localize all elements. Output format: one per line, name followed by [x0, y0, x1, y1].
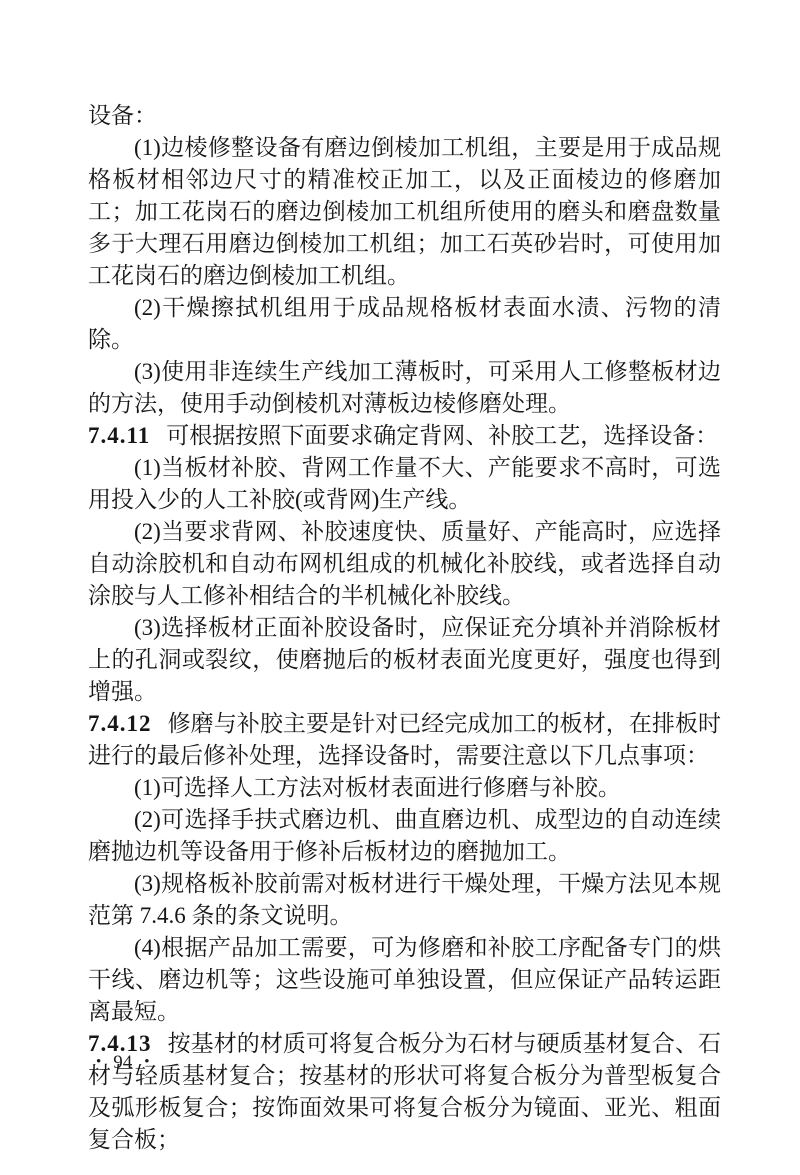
page-footer: •94• [96, 1048, 150, 1077]
clause-text: 可根据按照下面要求确定背网、补胶工艺，选择设备： [166, 423, 718, 448]
clause-7-4-13: 7.4.13按基材的材质可将复合板分为石材与硬质基材复合、石材与轻质基材复合；按… [88, 1028, 721, 1156]
list-item-2: (2)当要求背网、补胶速度快、质量好、产能高时，应选择自动涂胶机和自动布网机组成… [88, 516, 721, 612]
list-item-3: (3)使用非连续生产线加工薄板时，可采用人工修整板材边的方法，使用手动倒棱机对薄… [88, 356, 721, 420]
list-item-1: (1)边棱修整设备有磨边倒棱加工机组，主要是用于成品规格板材相邻边尺寸的精准校正… [88, 132, 721, 292]
list-item-2: (2)可选择手扶式磨边机、曲直磨边机、成型边的自动连续磨抛边机等设备用于修补后板… [88, 804, 721, 868]
clause-text: 修磨与补胶主要是针对已经完成加工的板材，在排板时进行的最后修补处理，选择设备时，… [88, 711, 721, 768]
paragraph-text: (2)可选择手扶式磨边机、曲直磨边机、成型边的自动连续磨抛边机等设备用于修补后板… [88, 807, 721, 864]
paragraph-text: (3)规格板补胶前需对板材进行干燥处理，干燥方法见本规范第 7.4.6 条的条文… [88, 871, 721, 928]
paragraph-text: (4)根据产品加工需要，可为修磨和补胶工序配备专门的烘干线、磨边机等；这些设施可… [88, 935, 721, 1024]
text-block: 设备： (1)边棱修整设备有磨边倒棱加工机组，主要是用于成品规格板材相邻边尺寸的… [88, 100, 721, 1156]
list-item-3: (3)选择板材正面补胶设备时，应保证充分填补并消除板材上的孔洞或裂纹，使磨抛后的… [88, 612, 721, 708]
list-item-2: (2)干燥擦拭机组用于成品规格板材表面水渍、污物的清除。 [88, 292, 721, 356]
paragraph-text: (1)边棱修整设备有磨边倒棱加工机组，主要是用于成品规格板材相邻边尺寸的精准校正… [88, 135, 721, 288]
list-item-1: (1)当板材补胶、背网工作量不大、产能要求不高时，可选用投入少的人工补胶(或背网… [88, 452, 721, 516]
paragraph-text: (2)干燥擦拭机组用于成品规格板材表面水渍、污物的清除。 [88, 295, 721, 352]
footer-right-dot: • [144, 1054, 149, 1070]
paragraph-text: (3)使用非连续生产线加工薄板时，可采用人工修整板材边的方法，使用手动倒棱机对薄… [88, 359, 721, 416]
paragraph-text: (1)可选择人工方法对板材表面进行修磨与补胶。 [134, 775, 621, 800]
list-item-1: (1)可选择人工方法对板材表面进行修磨与补胶。 [88, 772, 721, 804]
footer-left-dot: • [96, 1054, 101, 1070]
document-page: 设备： (1)边棱修整设备有磨边倒棱加工机组，主要是用于成品规格板材相邻边尺寸的… [0, 0, 800, 1175]
list-item-3: (3)规格板补胶前需对板材进行干燥处理，干燥方法见本规范第 7.4.6 条的条文… [88, 868, 721, 932]
clause-7-4-12: 7.4.12修磨与补胶主要是针对已经完成加工的板材，在排板时进行的最后修补处理，… [88, 708, 721, 772]
paragraph-text: (1)当板材补胶、背网工作量不大、产能要求不高时，可选用投入少的人工补胶(或背网… [88, 455, 721, 512]
clause-number: 7.4.11 [88, 423, 150, 448]
paragraph-text: 设备： [88, 103, 157, 128]
clause-7-4-11: 7.4.11可根据按照下面要求确定背网、补胶工艺，选择设备： [88, 420, 721, 452]
list-item-4: (4)根据产品加工需要，可为修磨和补胶工序配备专门的烘干线、磨边机等；这些设施可… [88, 932, 721, 1028]
clause-text: 按基材的材质可将复合板分为石材与硬质基材复合、石材与轻质基材复合；按基材的形状可… [88, 1031, 721, 1152]
paragraph-text: (2)当要求背网、补胶速度快、质量好、产能高时，应选择自动涂胶机和自动布网机组成… [88, 519, 721, 608]
clause-number: 7.4.12 [88, 711, 152, 736]
paragraph-continuation: 设备： [88, 100, 721, 132]
paragraph-text: (3)选择板材正面补胶设备时，应保证充分填补并消除板材上的孔洞或裂纹，使磨抛后的… [88, 615, 721, 704]
page-number: 94 [113, 1052, 132, 1073]
